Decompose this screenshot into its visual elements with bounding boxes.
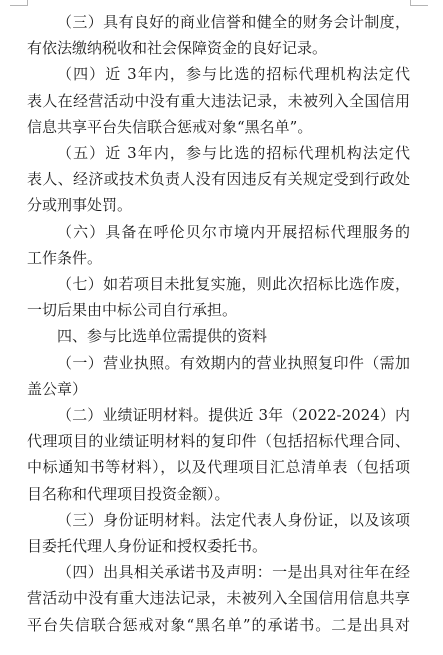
text-line: （七）如若项目未批复实施，则此次招标比选作废， <box>27 271 410 297</box>
text-line: 信息共享平台失信联合惩戒对象“黑名单”。 <box>27 114 410 140</box>
text-line: 平台失信联合惩戒对象“黑名单”的承诺书。二是出具对 <box>27 612 410 638</box>
text-line: 四、参与比选单位需提供的资料 <box>27 323 410 349</box>
text-line: 营活动中没有重大违法记录，未被列入全国信用信息共享 <box>27 585 410 611</box>
paragraph: （七）如若项目未批复实施，则此次招标比选作废，一切后果由中标公司自行承担。 <box>27 271 410 323</box>
text-line: （四）近 3年内，参与比选的招标代理机构法定代 <box>27 61 410 87</box>
text-boundary-mark-top-right-horizontal <box>410 5 428 6</box>
text-line: 分或刑事处罚。 <box>27 192 410 218</box>
paragraph: （四）近 3年内，参与比选的招标代理机构法定代表人在经营活动中没有重大违法记录，… <box>27 61 410 140</box>
text-line: 一切后果由中标公司自行承担。 <box>27 297 410 323</box>
text-line: 中标通知书等材料），以及代理项目汇总清单表（包括项 <box>27 454 410 480</box>
text-line: （四）出具相关承诺书及声明：一是出具对往年在经 <box>27 559 410 585</box>
text-line: （六）具备在呼伦贝尔市境内开展招标代理服务的 <box>27 219 410 245</box>
text-line: （一）营业执照。有效期内的营业执照复印件（需加 <box>27 350 410 376</box>
section-heading: 四、参与比选单位需提供的资料 <box>27 323 410 349</box>
text-boundary-mark-top-left-horizontal <box>10 5 28 6</box>
text-line: 表人、经济或技术负责人没有因违反有关规定受到行政处 <box>27 166 410 192</box>
text-line: 盖公章） <box>27 376 410 402</box>
text-line: 目名称和代理项目投资金额）。 <box>27 481 410 507</box>
paragraph: （六）具备在呼伦贝尔市境内开展招标代理服务的工作条件。 <box>27 219 410 271</box>
document-page: （三）具有良好的商业信誉和健全的财务会计制度，有依法缴纳税收和社会保障资金的良好… <box>0 0 443 655</box>
text-line: 有依法缴纳税收和社会保障资金的良好记录。 <box>27 35 410 61</box>
paragraph: （一）营业执照。有效期内的营业执照复印件（需加盖公章） <box>27 350 410 402</box>
text-line: 工作条件。 <box>27 245 410 271</box>
text-line: 目委托代理人身份证和授权委托书。 <box>27 533 410 559</box>
paragraph: （四）出具相关承诺书及声明：一是出具对往年在经营活动中没有重大违法记录，未被列入… <box>27 559 410 638</box>
paragraph: （三）身份证明材料。法定代表人身份证，以及该项目委托代理人身份证和授权委托书。 <box>27 507 410 559</box>
text-line: （三）身份证明材料。法定代表人身份证，以及该项 <box>27 507 410 533</box>
paragraph: （二）业绩证明材料。提供近 3年（2022-2024）内代理项目的业绩证明材料的… <box>27 402 410 507</box>
paragraph: （三）具有良好的商业信誉和健全的财务会计制度，有依法缴纳税收和社会保障资金的良好… <box>27 9 410 61</box>
document-text-block: （三）具有良好的商业信誉和健全的财务会计制度，有依法缴纳税收和社会保障资金的良好… <box>27 9 410 638</box>
text-line: （三）具有良好的商业信誉和健全的财务会计制度， <box>27 9 410 35</box>
text-line: 表人在经营活动中没有重大违法记录，未被列入全国信用 <box>27 88 410 114</box>
text-line: 代理项目的业绩证明材料的复印件（包括招标代理合同、 <box>27 428 410 454</box>
text-boundary-mark-top-left-vertical <box>27 0 28 6</box>
paragraph: （五）近 3年内，参与比选的招标代理机构法定代表人、经济或技术负责人没有因违反有… <box>27 140 410 219</box>
text-line: （五）近 3年内，参与比选的招标代理机构法定代 <box>27 140 410 166</box>
text-boundary-mark-top-right-vertical <box>410 0 411 6</box>
text-line: （二）业绩证明材料。提供近 3年（2022-2024）内 <box>27 402 410 428</box>
